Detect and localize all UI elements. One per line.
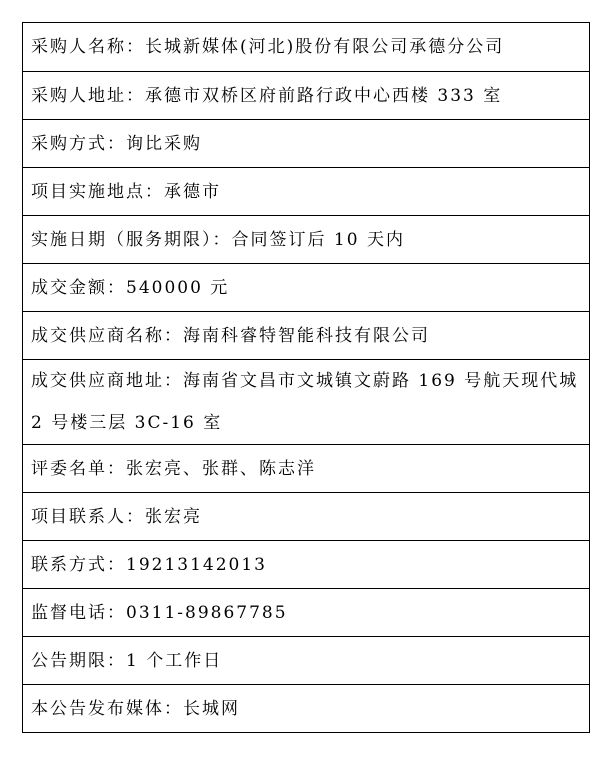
field-label: 项目联系人： — [31, 507, 145, 527]
row-text: 成交供应商地址：海南省文昌市文城镇文蔚路 169 号航天现代城 2 号楼三层 3… — [31, 360, 583, 444]
row-text: 采购方式：询比采购 — [31, 123, 202, 165]
row-text: 评委名单：张宏亮、张群、陈志洋 — [31, 448, 316, 490]
field-label: 实施日期（服务期限）： — [31, 230, 232, 250]
field-value: 合同签订后 10 天内 — [232, 230, 405, 250]
field-label: 评委名单： — [31, 459, 126, 479]
row-text: 采购人地址：承德市双桥区府前路行政中心西楼 333 室 — [31, 75, 502, 117]
row-text: 实施日期（服务期限）：合同签订后 10 天内 — [31, 219, 405, 261]
field-value: 1 个工作日 — [126, 651, 222, 671]
table-row: 成交供应商名称：海南科睿特智能科技有限公司 — [23, 311, 589, 359]
field-label: 成交供应商名称： — [31, 326, 183, 346]
field-label: 采购人地址： — [31, 86, 145, 106]
table-row: 项目实施地点：承德市 — [23, 167, 589, 215]
field-label: 公告期限： — [31, 651, 126, 671]
table-row: 采购人地址：承德市双桥区府前路行政中心西楼 333 室 — [23, 71, 589, 119]
field-value: 19213142013 — [126, 555, 267, 575]
announcement-table: 采购人名称：长城新媒体(河北)股份有限公司承德分公司 采购人地址：承德市双桥区府… — [22, 22, 590, 733]
table-row: 项目联系人：张宏亮 — [23, 492, 589, 540]
table-row: 本公告发布媒体：长城网 — [23, 684, 589, 732]
table-row: 监督电话：0311-89867785 — [23, 588, 589, 636]
field-value: 承德市 — [164, 182, 221, 202]
row-text: 成交供应商名称：海南科睿特智能科技有限公司 — [31, 315, 430, 357]
field-label: 采购方式： — [31, 134, 126, 154]
field-value: 承德市双桥区府前路行政中心西楼 333 室 — [145, 86, 502, 106]
row-text: 项目实施地点：承德市 — [31, 171, 221, 213]
field-label: 本公告发布媒体： — [31, 699, 183, 719]
field-value: 540000 元 — [126, 278, 229, 298]
field-value: 张宏亮 — [145, 507, 202, 527]
field-value: 长城新媒体(河北)股份有限公司承德分公司 — [145, 37, 504, 57]
row-text: 项目联系人：张宏亮 — [31, 496, 202, 538]
table-row: 联系方式：19213142013 — [23, 540, 589, 588]
table-row: 实施日期（服务期限）：合同签订后 10 天内 — [23, 215, 589, 263]
field-value: 0311-89867785 — [126, 603, 288, 623]
field-label: 监督电话： — [31, 603, 126, 623]
field-value: 询比采购 — [126, 134, 202, 154]
row-text: 本公告发布媒体：长城网 — [31, 688, 240, 730]
page: 采购人名称：长城新媒体(河北)股份有限公司承德分公司 采购人地址：承德市双桥区府… — [0, 0, 606, 766]
field-label: 项目实施地点： — [31, 182, 164, 202]
field-value: 海南科睿特智能科技有限公司 — [183, 326, 430, 346]
table-row: 公告期限：1 个工作日 — [23, 636, 589, 684]
row-text: 采购人名称：长城新媒体(河北)股份有限公司承德分公司 — [31, 26, 504, 68]
row-text: 成交金额：540000 元 — [31, 267, 229, 309]
field-label: 联系方式： — [31, 555, 126, 575]
row-text: 公告期限：1 个工作日 — [31, 640, 222, 682]
field-label: 成交供应商地址： — [31, 371, 183, 391]
table-row: 采购方式：询比采购 — [23, 119, 589, 167]
field-value: 长城网 — [183, 699, 240, 719]
table-row: 评委名单：张宏亮、张群、陈志洋 — [23, 444, 589, 492]
table-row: 采购人名称：长城新媒体(河北)股份有限公司承德分公司 — [23, 23, 589, 71]
field-label: 采购人名称： — [31, 37, 145, 57]
table-row: 成交金额：540000 元 — [23, 263, 589, 311]
row-text: 监督电话：0311-89867785 — [31, 592, 288, 634]
row-text: 联系方式：19213142013 — [31, 544, 267, 586]
field-value: 张宏亮、张群、陈志洋 — [126, 459, 316, 479]
table-row: 成交供应商地址：海南省文昌市文城镇文蔚路 169 号航天现代城 2 号楼三层 3… — [23, 359, 589, 444]
field-label: 成交金额： — [31, 278, 126, 298]
